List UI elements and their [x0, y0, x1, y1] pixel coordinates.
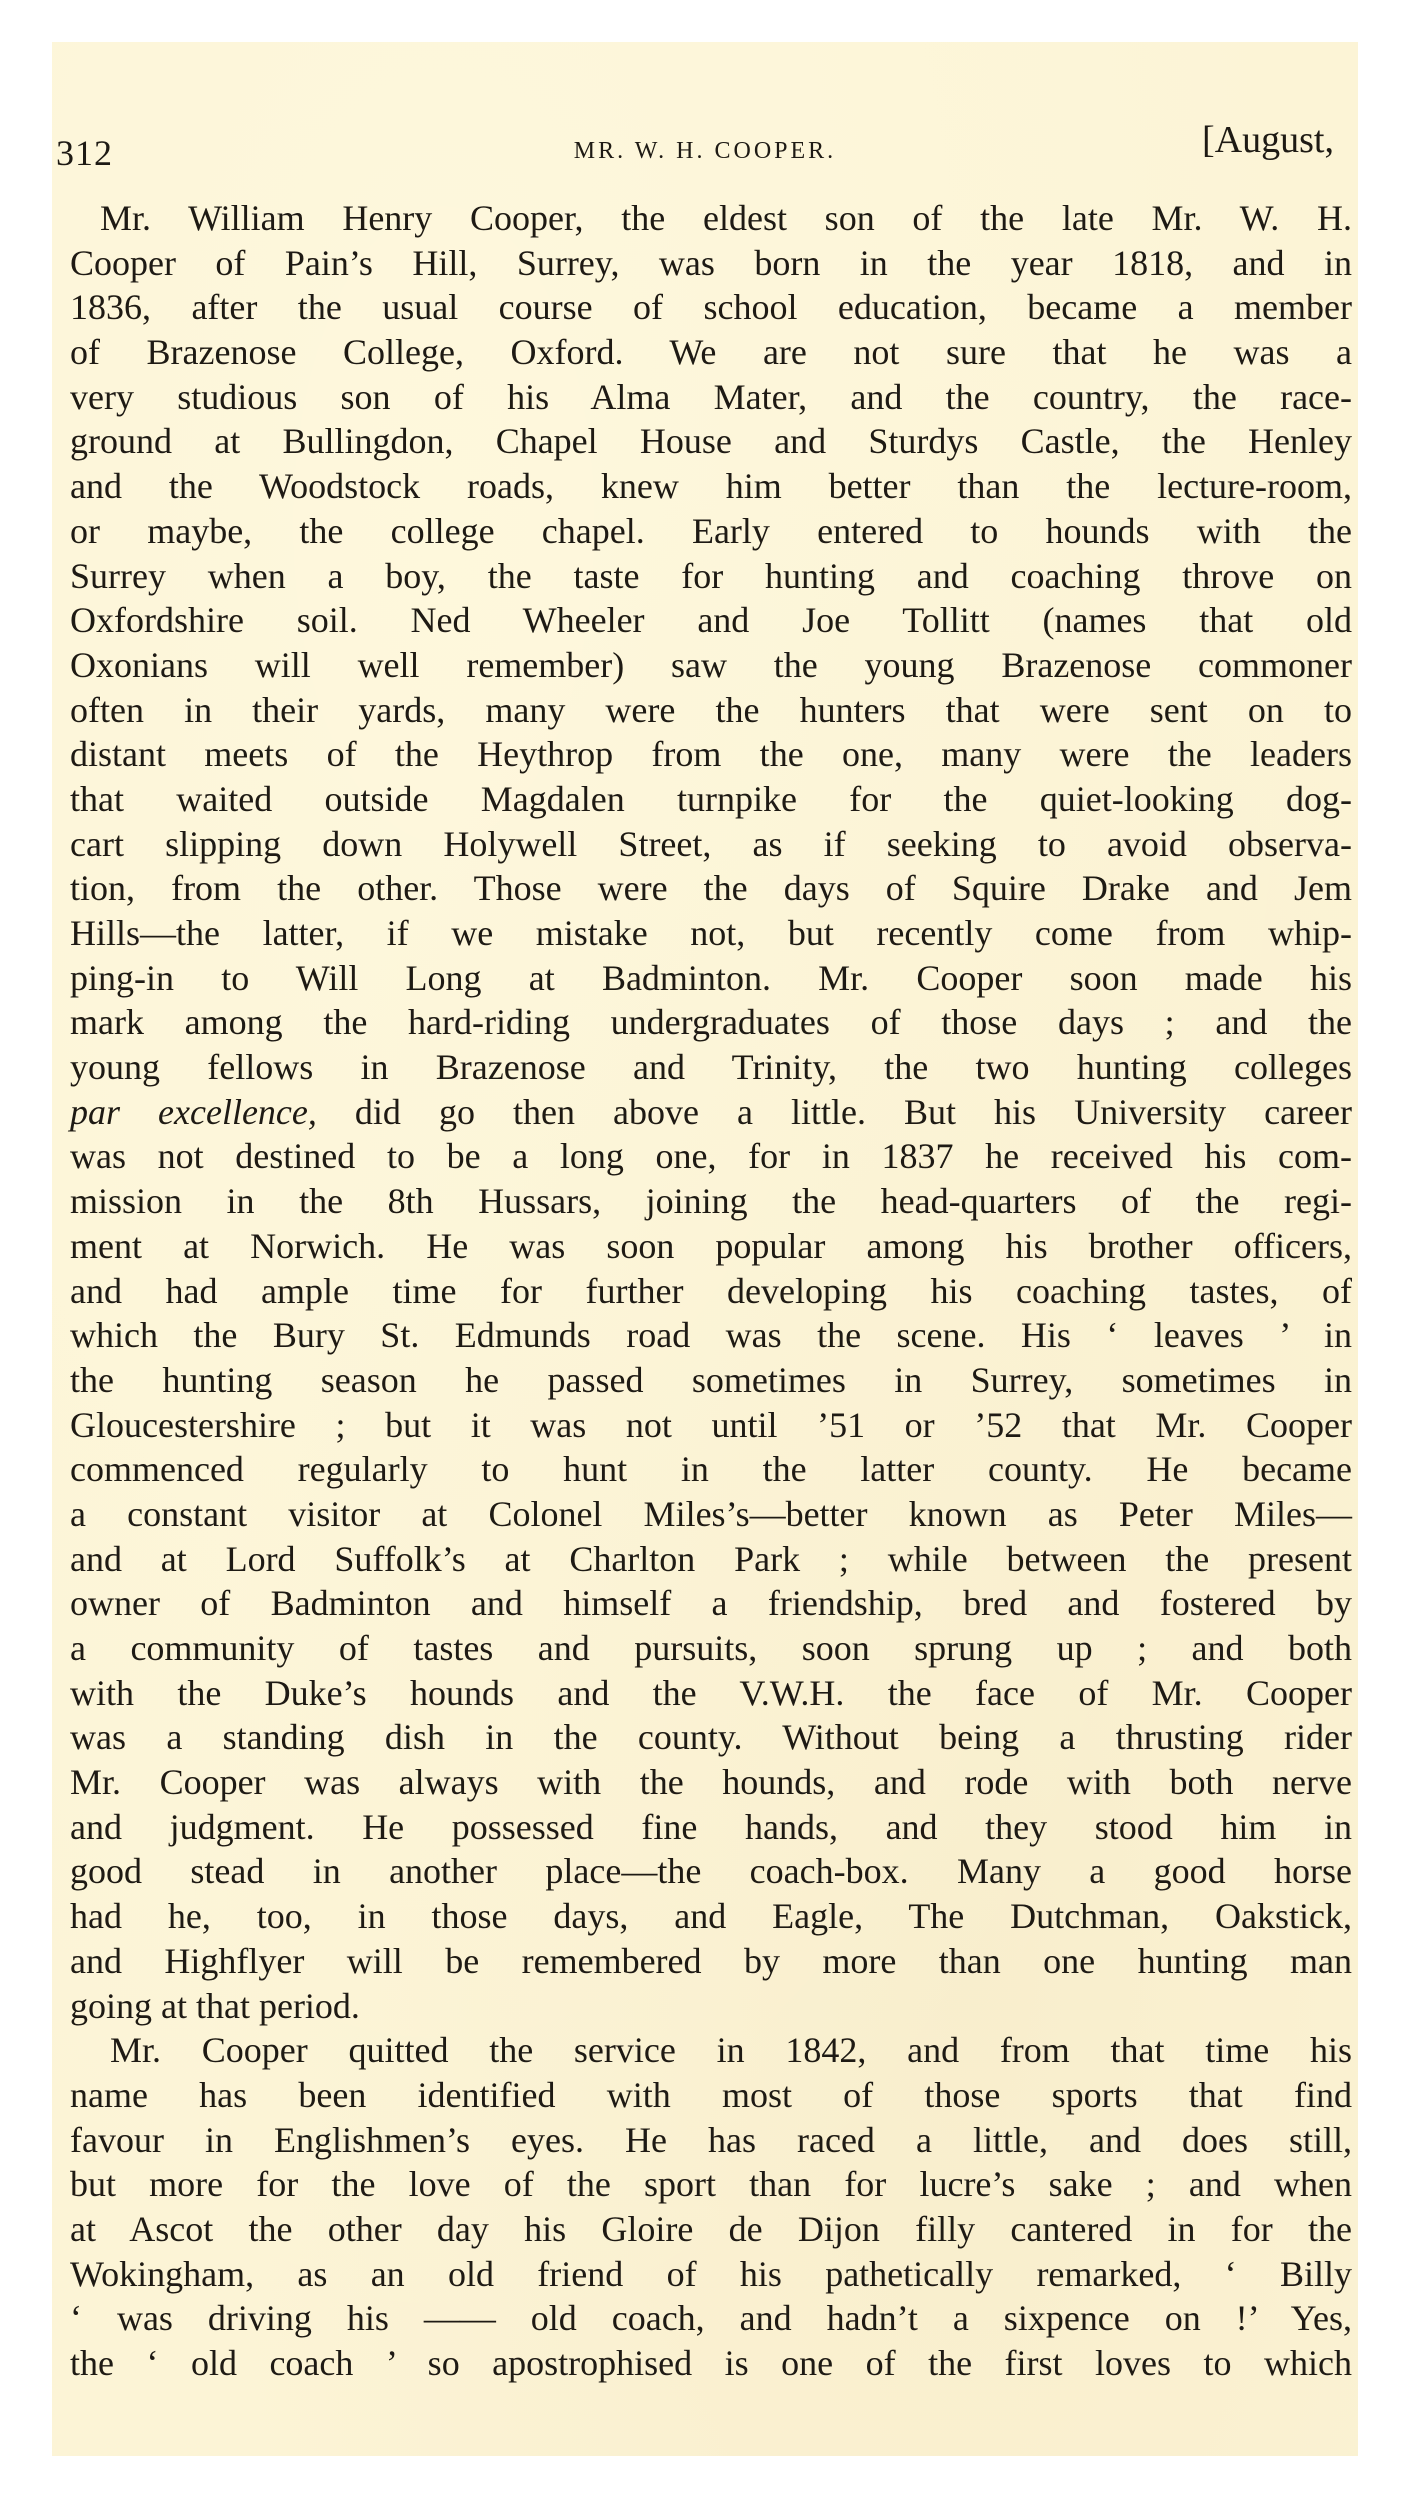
text-line: or maybe, the college chapel. Early ente… — [70, 509, 1352, 554]
text-line: Cooper of Pain’s Hill, Surrey, was born … — [70, 241, 1352, 286]
text-line: ping-in to Will Long at Badminton. Mr. C… — [70, 956, 1352, 1001]
text-line: distant meets of the Heythrop from the o… — [70, 732, 1352, 777]
text-line: at Ascot the other day his Gloire de Dij… — [70, 2207, 1352, 2252]
text-line: was not destined to be a long one, for i… — [70, 1134, 1352, 1179]
text-line: the ‘ old coach ’ so apostrophised is on… — [70, 2341, 1352, 2386]
text-line: Hills—the latter, if we mistake not, but… — [70, 911, 1352, 956]
text-line: often in their yards, many were the hunt… — [70, 688, 1352, 733]
text-line: was a standing dish in the county. Witho… — [70, 1715, 1352, 1760]
text-line: which the Bury St. Edmunds road was the … — [70, 1313, 1352, 1358]
text-line: a constant visitor at Colonel Miles’s—be… — [70, 1492, 1352, 1537]
text-line: going at that period. — [70, 1984, 1352, 2029]
text-line: a community of tastes and pursuits, soon… — [70, 1626, 1352, 1671]
text-line: and at Lord Suffolk’s at Charlton Park ;… — [70, 1537, 1352, 1582]
text-line: Gloucestershire ; but it was not until ’… — [70, 1403, 1352, 1448]
text-line: and judgment. He possessed fine hands, a… — [70, 1805, 1352, 1850]
text-line: par excellence, did go then above a litt… — [70, 1090, 1352, 1135]
text-line: commenced regularly to hunt in the latte… — [70, 1447, 1352, 1492]
text-line: but more for the love of the sport than … — [70, 2162, 1352, 2207]
italic-phrase: par excellence, — [70, 1092, 317, 1132]
text-line: young fellows in Brazenose and Trinity, … — [70, 1045, 1352, 1090]
text-line: Oxonians will well remember) saw the you… — [70, 643, 1352, 688]
text-line: ‘ was driving his —— old coach, and hadn… — [70, 2296, 1352, 2341]
text-line: and Highflyer will be remembered by more… — [70, 1939, 1352, 1984]
text-line: had he, too, in those days, and Eagle, T… — [70, 1894, 1352, 1939]
running-title: MR. W. H. COOPER. — [52, 138, 1358, 165]
text-line: Mr. Cooper was always with the hounds, a… — [70, 1760, 1352, 1805]
running-date: [August, — [1202, 118, 1334, 162]
article-body: Mr. William Henry Cooper, the eldest son… — [70, 196, 1352, 2386]
text-line: Mr. William Henry Cooper, the eldest son… — [70, 196, 1352, 241]
running-header: 312 MR. W. H. COOPER. [August, — [52, 118, 1358, 178]
text-line: mission in the 8th Hussars, joining the … — [70, 1179, 1352, 1224]
text-line: ground at Bullingdon, Chapel House and S… — [70, 419, 1352, 464]
text-line: mark among the hard-riding undergraduate… — [70, 1000, 1352, 1045]
text-line: that waited outside Magdalen turnpike fo… — [70, 777, 1352, 822]
text-line: owner of Badminton and himself a friends… — [70, 1581, 1352, 1626]
text-line: of Brazenose College, Oxford. We are not… — [70, 330, 1352, 375]
text-line: Oxfordshire soil. Ned Wheeler and Joe To… — [70, 598, 1352, 643]
text-line: the hunting season he passed sometimes i… — [70, 1358, 1352, 1403]
text-line: with the Duke’s hounds and the V.W.H. th… — [70, 1671, 1352, 1716]
text-line: favour in Englishmen’s eyes. He has race… — [70, 2118, 1352, 2163]
text-line: tion, from the other. Those were the day… — [70, 866, 1352, 911]
text-line: Mr. Cooper quitted the service in 1842, … — [70, 2028, 1352, 2073]
text-line: name has been identified with most of th… — [70, 2073, 1352, 2118]
text-line: 1836, after the usual course of school e… — [70, 285, 1352, 330]
text-line: and the Woodstock roads, knew him better… — [70, 464, 1352, 509]
text-line: good stead in another place—the coach-bo… — [70, 1849, 1352, 1894]
text-line: ment at Norwich. He was soon popular amo… — [70, 1224, 1352, 1269]
text-line: Surrey when a boy, the taste for hunting… — [70, 554, 1352, 599]
text-line: Wokingham, as an old friend of his pathe… — [70, 2252, 1352, 2297]
text-line: very studious son of his Alma Mater, and… — [70, 375, 1352, 420]
text-line: and had ample time for further developin… — [70, 1269, 1352, 1314]
text-line: cart slipping down Holywell Street, as i… — [70, 822, 1352, 867]
